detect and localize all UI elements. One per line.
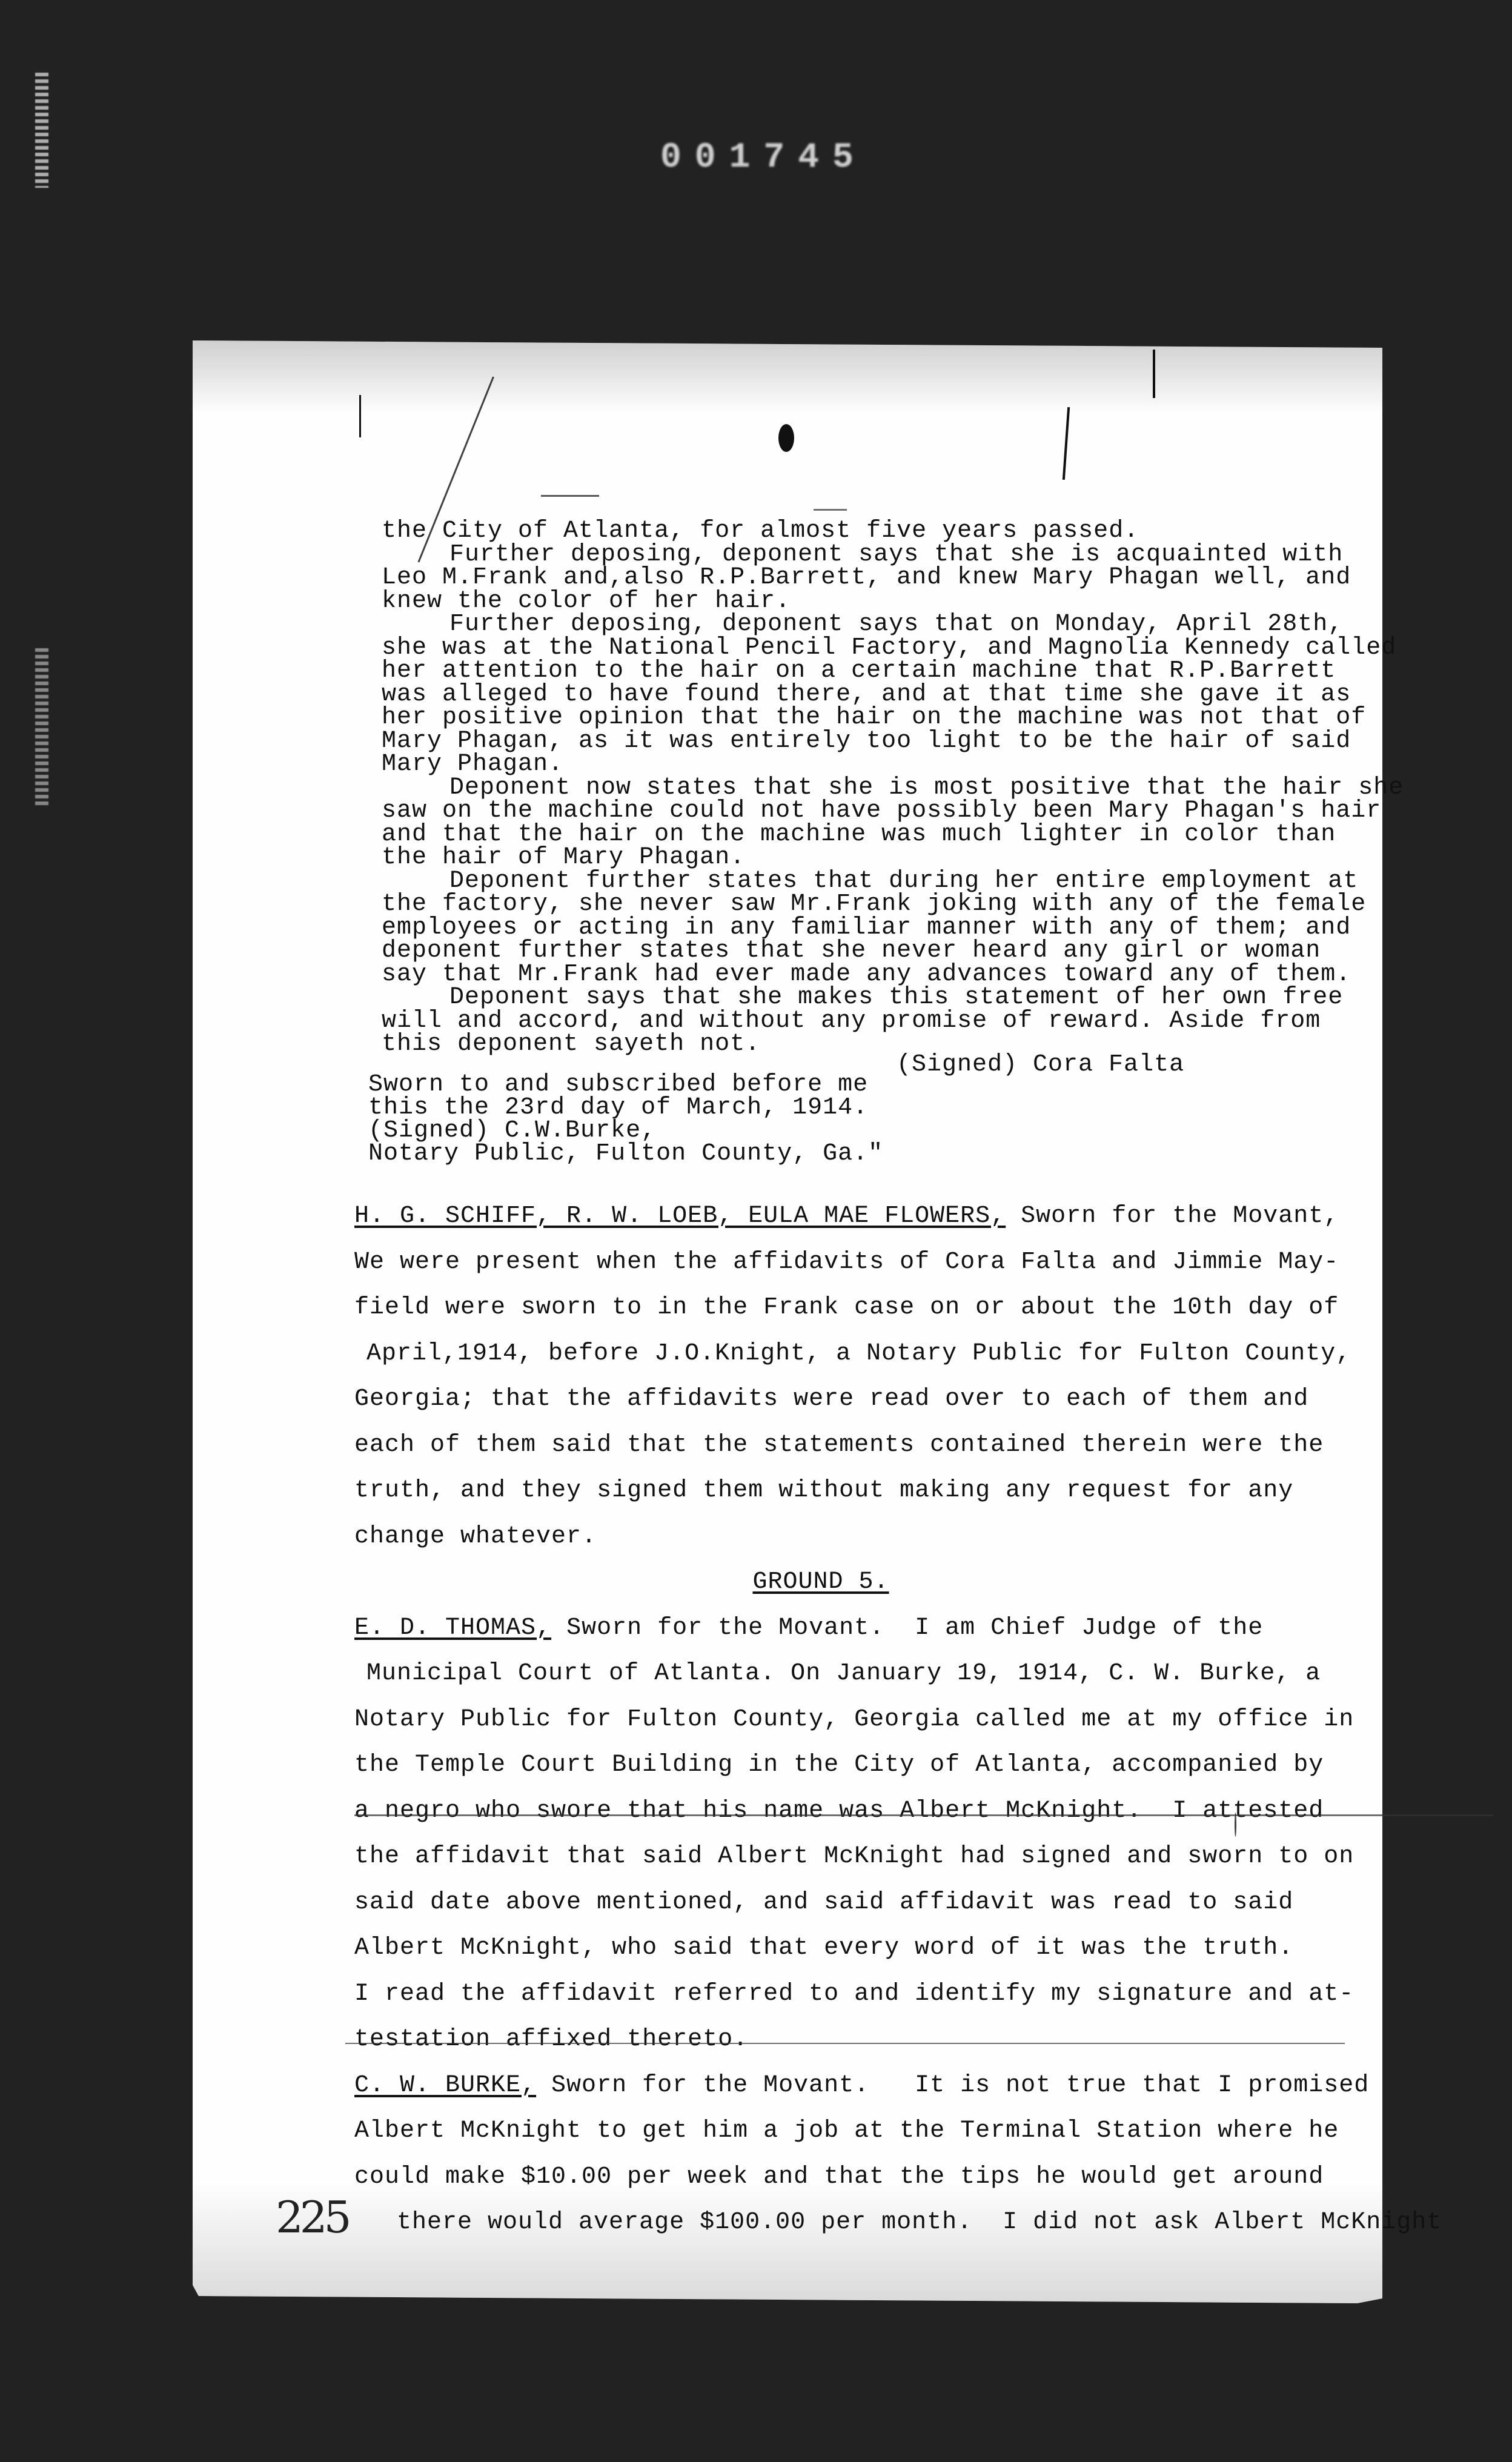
text-line: We were present when the affidavits of C… xyxy=(354,1239,1348,1286)
text-line: deponent further states that she never h… xyxy=(382,940,1339,963)
text-line: her positive opinion that the hair on th… xyxy=(382,706,1339,730)
text-line: could make $10.00 per week and that the … xyxy=(354,2154,1348,2200)
witness-name: C. W. BURKE, xyxy=(354,2072,536,2099)
text-line: Georgia; that the affidavits were read o… xyxy=(354,1376,1348,1422)
text-line: Sworn to and subscribed before me xyxy=(368,1073,883,1097)
section-heading: GROUND 5. xyxy=(354,1559,1348,1605)
frame-number: 001745 xyxy=(660,138,867,178)
scratch-mark xyxy=(814,509,847,511)
text-line: truth, and they signed them without maki… xyxy=(354,1468,1348,1514)
text-line: her attention to the hair on a certain m… xyxy=(382,660,1339,683)
text-line: Deponent further states that during her … xyxy=(382,870,1339,894)
text-line: each of them said that the statements co… xyxy=(354,1422,1348,1468)
text-line: was alleged to have found there, and at … xyxy=(382,683,1339,707)
text-line: the factory, she never saw Mr.Frank joki… xyxy=(382,893,1339,917)
film-edge-marking xyxy=(35,73,48,188)
text-line: Mary Phagan. xyxy=(382,753,1339,777)
text-line: Albert McKnight to get him a job at the … xyxy=(354,2108,1348,2154)
text-line: Mary Phagan, as it was entirely too ligh… xyxy=(382,730,1339,754)
strike-line xyxy=(354,1814,1493,1816)
affidavit-text: the City of Atlanta, for almost five yea… xyxy=(382,520,1339,1057)
scratch-mark xyxy=(1063,407,1070,480)
text-line: Notary Public, Fulton County, Ga." xyxy=(368,1143,883,1166)
witness-name: E. D. THOMAS, xyxy=(354,1614,551,1642)
text-line: there would average $100.00 per month. I… xyxy=(354,2200,1348,2246)
text-line: I read the affidavit referred to and ide… xyxy=(354,1971,1348,2017)
testimony-text: H. G. SCHIFF, R. W. LOEB, EULA MAE FLOWE… xyxy=(354,1193,1348,2246)
ink-blot xyxy=(778,424,794,452)
text-line: the affidavit that said Albert McKnight … xyxy=(354,1834,1348,1880)
burke-first-line: C. W. BURKE, Sworn for the Movant. It is… xyxy=(354,2063,1348,2109)
text-line: said date above mentioned, and said affi… xyxy=(354,1880,1348,1926)
text-line: a negro who swore that his name was Albe… xyxy=(354,1788,1348,1834)
scratch-mark xyxy=(541,495,599,497)
strike-line xyxy=(345,2043,1345,2044)
witness-names: H. G. SCHIFF, R. W. LOEB, EULA MAE FLOWE… xyxy=(354,1203,1006,1230)
text-line: this deponent sayeth not. xyxy=(382,1033,1339,1057)
text-line: knew the color of her hair. xyxy=(382,590,1339,614)
text-line: Further deposing, deponent says that on … xyxy=(382,613,1339,637)
text-line: Notary Public for Fulton County, Georgia… xyxy=(354,1697,1348,1743)
thomas-first-line: E. D. THOMAS, Sworn for the Movant. I am… xyxy=(354,1605,1348,1651)
text-line: the hair of Mary Phagan. xyxy=(382,846,1339,870)
witnesses-first-line: H. G. SCHIFF, R. W. LOEB, EULA MAE FLOWE… xyxy=(354,1193,1348,1239)
film-edge-marking xyxy=(35,648,48,806)
notary-block: Sworn to and subscribed before me this t… xyxy=(368,1073,883,1166)
text-line: field were sworn to in the Frank case on… xyxy=(354,1285,1348,1331)
text-line: Leo M.Frank and,also R.P.Barrett, and kn… xyxy=(382,566,1339,590)
scratch-mark xyxy=(1153,350,1155,398)
text-line: and that the hair on the machine was muc… xyxy=(382,823,1339,847)
page-number: 225 xyxy=(276,2192,348,2243)
text-line: saw on the machine could not have possib… xyxy=(382,800,1339,823)
text-line: Deponent now states that she is most pos… xyxy=(382,777,1339,800)
text-line: Municipal Court of Atlanta. On January 1… xyxy=(354,1651,1348,1697)
text-line: April,1914, before J.O.Knight, a Notary … xyxy=(354,1331,1348,1377)
text-line: employees or acting in any familiar mann… xyxy=(382,917,1339,940)
text-line: Albert McKnight, who said that every wor… xyxy=(354,1925,1348,1971)
signature-line: (Signed) Cora Falta xyxy=(897,1051,1184,1078)
text-line: Further deposing, deponent says that she… xyxy=(382,543,1339,567)
scratch-mark xyxy=(359,395,361,437)
text-line: testation affixed thereto. xyxy=(354,2017,1348,2063)
text-line: change whatever. xyxy=(354,1514,1348,1560)
text-line: she was at the National Pencil Factory, … xyxy=(382,637,1339,660)
text-line: will and accord, and without any promise… xyxy=(382,1010,1339,1034)
text-line: Deponent says that she makes this statem… xyxy=(382,986,1339,1010)
text-line: the City of Atlanta, for almost five yea… xyxy=(382,520,1339,543)
text-line: this the 23rd day of March, 1914. xyxy=(368,1097,883,1120)
text-line: the Temple Court Building in the City of… xyxy=(354,1742,1348,1788)
text-line: (Signed) C.W.Burke, xyxy=(368,1120,883,1143)
text-line: say that Mr.Frank had ever made any adva… xyxy=(382,963,1339,987)
